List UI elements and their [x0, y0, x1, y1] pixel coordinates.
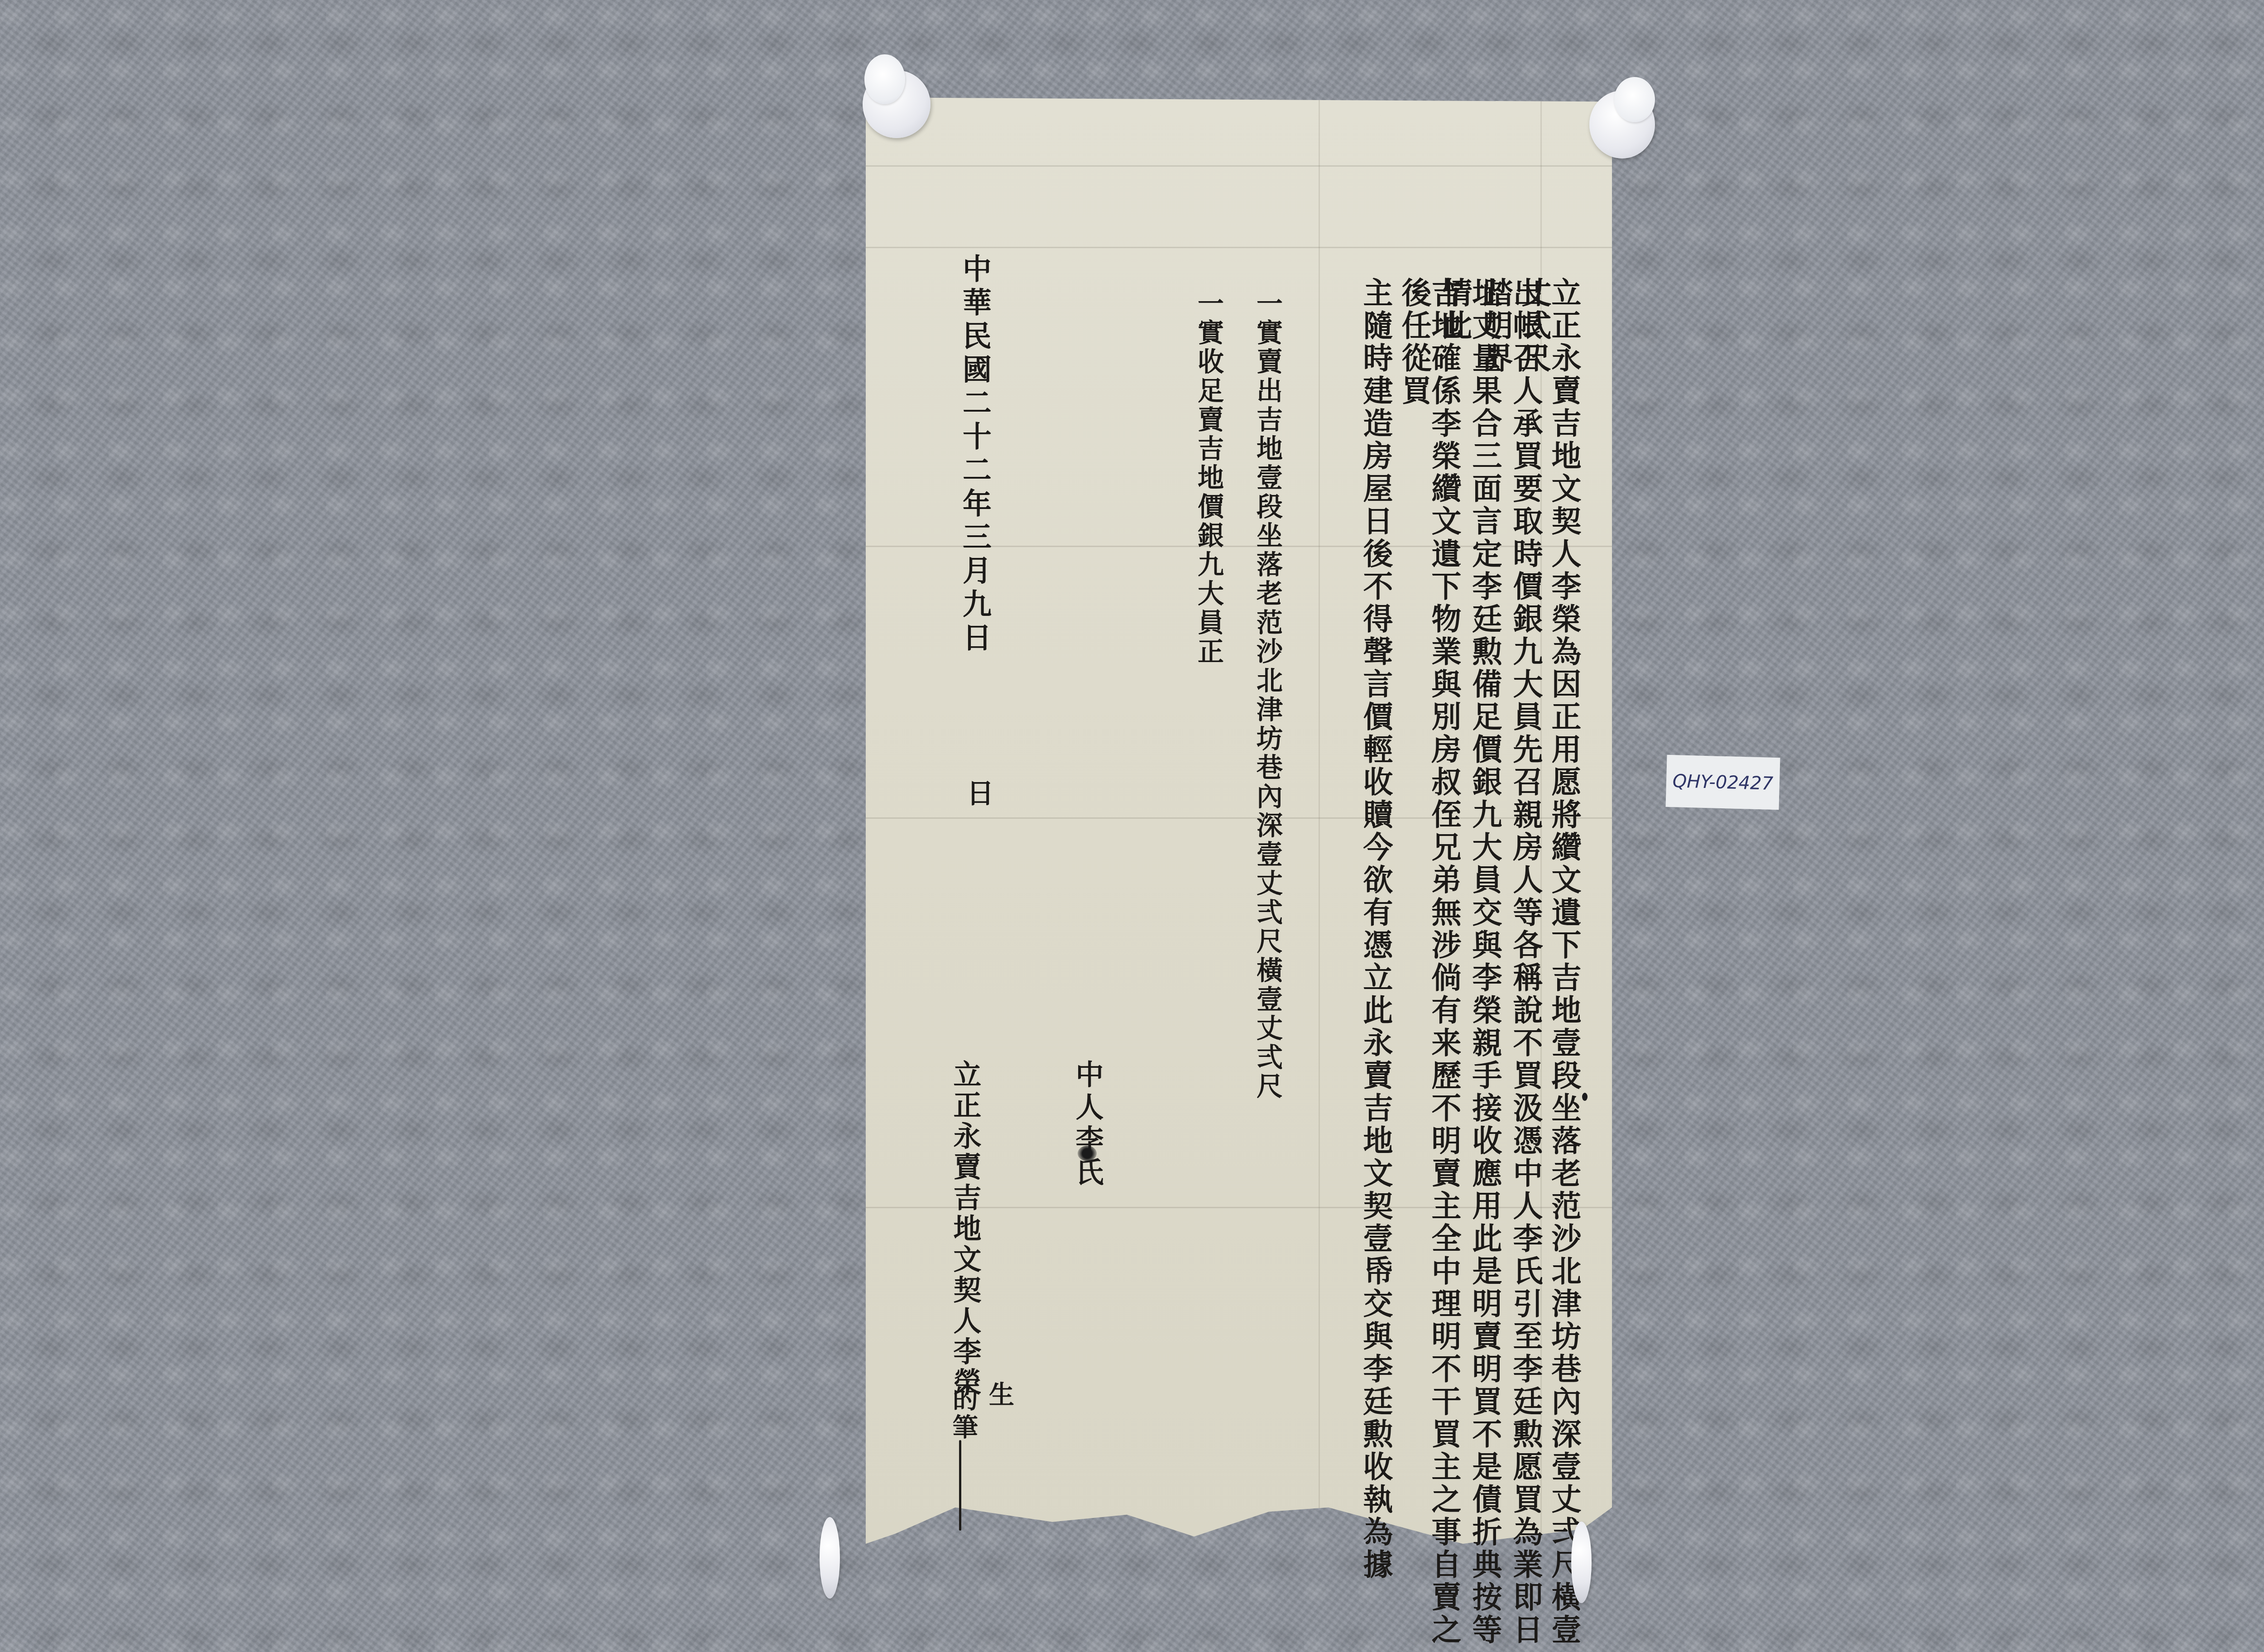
- detail-payment-received: 一實收足賣吉地價銀九大員正: [1195, 290, 1222, 667]
- weight-knob-icon: [864, 54, 905, 104]
- deed-column-5: 主隨時建造房屋日後不得聲言價輕收贖今欲有憑立此永賣吉地文契壹帋交與李廷勲收執為據: [1361, 277, 1391, 1581]
- weight-base-icon: [1571, 1522, 1592, 1603]
- scribe-signature: 的筆: [951, 1386, 976, 1442]
- brush-stroke: [959, 1440, 961, 1531]
- date-day-marker: 日: [964, 779, 992, 809]
- fold-line: [866, 165, 1612, 167]
- ink-dot: [1582, 1093, 1588, 1101]
- weight-base-icon: [820, 1517, 840, 1599]
- ink-mark: [1078, 1146, 1097, 1161]
- middleman-signature: 中人李氏: [1073, 1060, 1101, 1190]
- date-column: 中華民國二十二年三月九日: [960, 254, 989, 656]
- detail-land-description: 一實賣出吉地壹段坐落老范沙北津坊巷內深壹丈弍尺橫壹丈弍尺: [1254, 290, 1281, 1101]
- catalog-number: QHY-02427: [1672, 771, 1773, 794]
- scribe-note: 生: [987, 1381, 1012, 1409]
- catalog-label: QHY-02427: [1666, 755, 1780, 810]
- fold-line: [866, 247, 1612, 248]
- fold-line: [1319, 97, 1320, 1551]
- weight-knob-icon: [1614, 77, 1655, 122]
- seller-signature: 立正永賣吉地文契人李榮: [951, 1060, 979, 1398]
- deed-column-4: 吉地確係李榮纘文遺下物業與別房叔侄兄弟無涉倘有来歷不明賣主全中理明不干買主之事自…: [1399, 277, 1459, 1652]
